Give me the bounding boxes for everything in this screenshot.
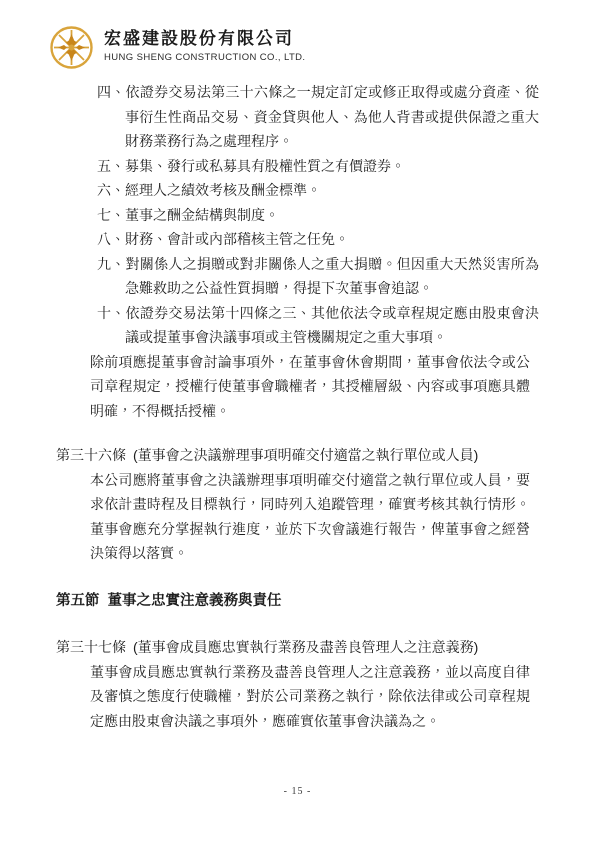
company-logo-icon (48, 24, 95, 71)
list-item-number: 八、 (97, 231, 125, 247)
company-name-en: HUNG SHENG CONSTRUCTION CO., LTD. (104, 51, 305, 64)
article-36-heading: 第三十六條(董事會之決議辦理事項明確交付適當之執行單位或人員) (56, 443, 542, 468)
list-item-text: 募集、發行或私募具有股權性質之有價證券。 (125, 158, 405, 174)
article-title: (董事會之決議辦理事項明確交付適當之執行單位或人員) (133, 443, 478, 468)
article-number: 第三十六條 (56, 443, 126, 468)
page-footer: - 15 - (0, 786, 595, 797)
article-36: 第三十六條(董事會之決議辦理事項明確交付適當之執行單位或人員) 本公司應將董事會… (56, 443, 542, 566)
document-page: 宏盛建設股份有限公司 HUNG SHENG CONSTRUCTION CO., … (0, 0, 595, 842)
list-item-5: 五、募集、發行或私募具有股權性質之有價證券。 (97, 154, 539, 179)
list-item-number: 六、 (97, 182, 125, 198)
list-item-text: 依證券交易法第十四條之三、其他依法令或章程規定應由股東會決議或提董事會決議事項或… (125, 305, 539, 346)
article-36-body: 本公司應將董事會之決議辦理事項明確交付適當之執行單位或人員，要求依計畫時程及目標… (90, 468, 530, 566)
list-item-text: 財務、會計或內部稽核主管之任免。 (125, 231, 349, 247)
list-item-text: 對關係人之捐贈或對非關係人之重大捐贈。但因重大天然災害所為急難救助之公益性質捐贈… (125, 256, 539, 297)
section-title: 董事之忠實注意義務與責任 (108, 589, 282, 614)
list-item-text: 董事之酬金結構與制度。 (125, 207, 279, 223)
page-header: 宏盛建設股份有限公司 HUNG SHENG CONSTRUCTION CO., … (48, 24, 305, 71)
list-item-number: 十、 (97, 305, 126, 321)
list-item-text: 依證券交易法第三十六條之一規定訂定或修正取得或處分資產、從事衍生性商品交易、資金… (125, 84, 539, 149)
list-item-8: 八、財務、會計或內部稽核主管之任免。 (97, 227, 539, 252)
list-item-number: 七、 (97, 207, 125, 223)
list-item-10: 十、依證券交易法第十四條之三、其他依法令或章程規定應由股東會決議或提董事會決議事… (97, 301, 539, 350)
closing-paragraph: 除前項應提董事會討論事項外，在董事會休會期間，董事會依法令或公司章程規定，授權行… (90, 350, 530, 424)
list-item-number: 五、 (97, 158, 125, 174)
article-37: 第三十七條(董事會成員應忠實執行業務及盡善良管理人之注意義務) 董事會成員應忠實… (56, 635, 542, 733)
list-item-number: 九、 (97, 256, 126, 272)
company-name-block: 宏盛建設股份有限公司 HUNG SHENG CONSTRUCTION CO., … (104, 24, 305, 64)
list-item-6: 六、經理人之績效考核及酬金標準。 (97, 178, 539, 203)
article-title: (董事會成員應忠實執行業務及盡善良管理人之注意義務) (133, 635, 478, 660)
list-item-number: 四、 (97, 84, 126, 100)
article-37-heading: 第三十七條(董事會成員應忠實執行業務及盡善良管理人之注意義務) (56, 635, 542, 660)
article-number: 第三十七條 (56, 635, 126, 660)
page-number: - 15 - (284, 786, 312, 797)
document-body: 四、依證券交易法第三十六條之一規定訂定或修正取得或處分資產、從事衍生性商品交易、… (56, 80, 542, 733)
list-item-9: 九、對關係人之捐贈或對非關係人之重大捐贈。但因重大天然災害所為急難救助之公益性質… (97, 252, 539, 301)
section-number: 第五節 (56, 589, 100, 614)
list-item-4: 四、依證券交易法第三十六條之一規定訂定或修正取得或處分資產、從事衍生性商品交易、… (97, 80, 539, 154)
company-name-zh: 宏盛建設股份有限公司 (104, 28, 305, 50)
section-5-heading: 第五節董事之忠實注意義務與責任 (56, 589, 542, 614)
article-37-body: 董事會成員應忠實執行業務及盡善良管理人之注意義務，並以高度自律及審慎之態度行使職… (90, 660, 530, 734)
list-item-text: 經理人之績效考核及酬金標準。 (125, 182, 321, 198)
list-item-7: 七、董事之酬金結構與制度。 (97, 203, 539, 228)
